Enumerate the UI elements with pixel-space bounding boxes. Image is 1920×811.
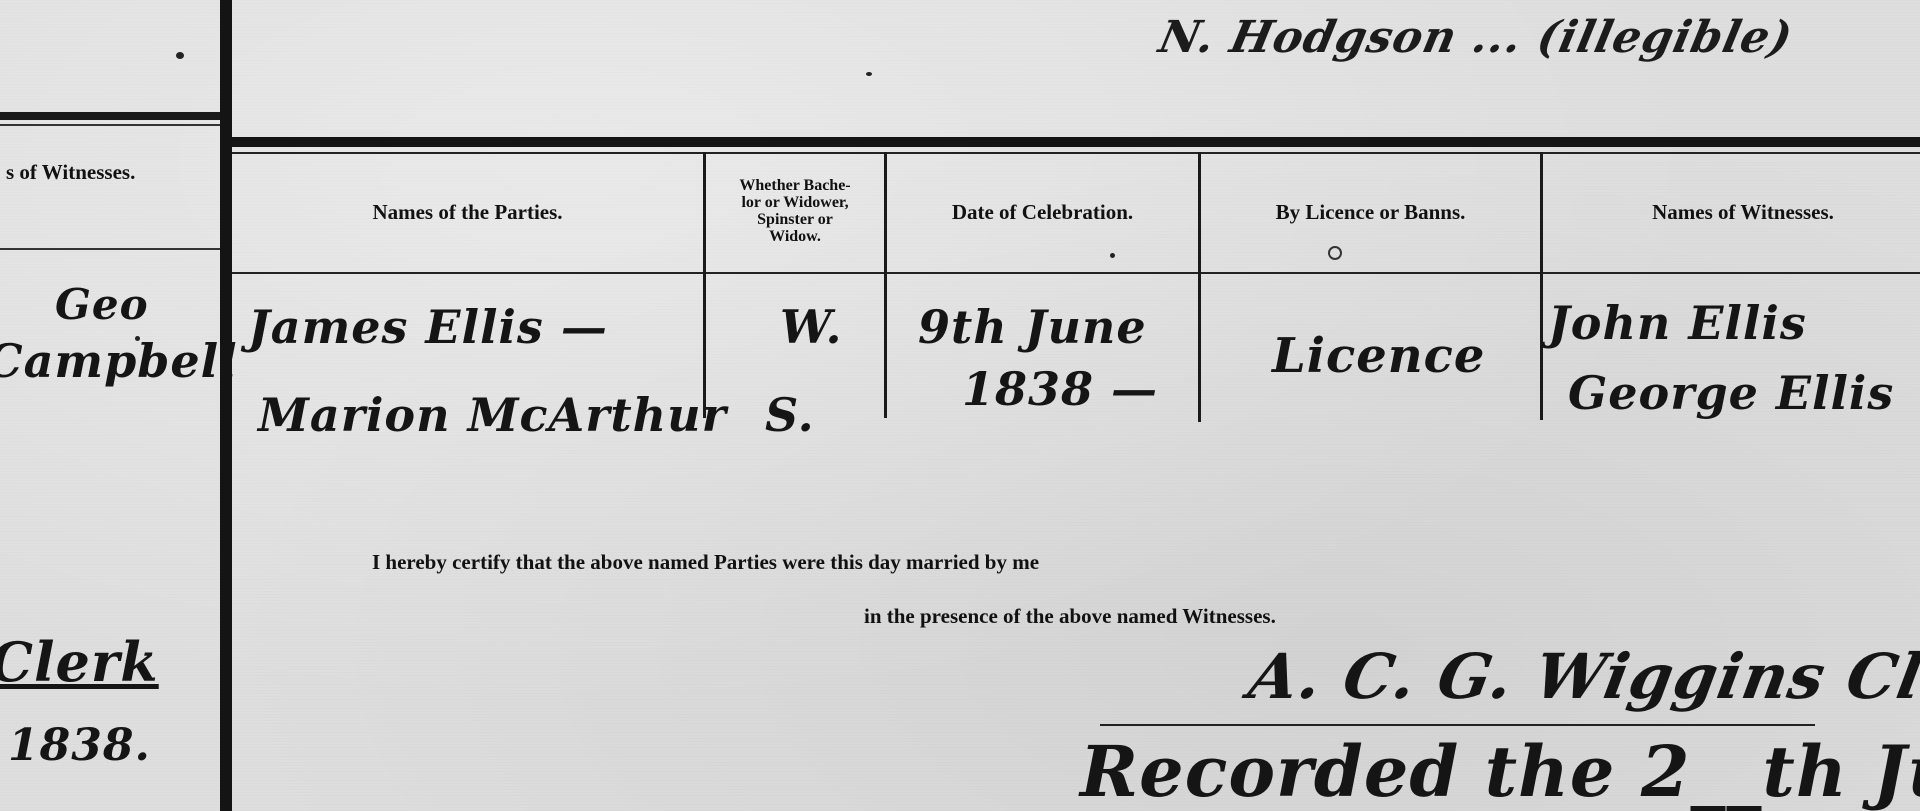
left-rule-thin [0, 124, 220, 126]
clergy-signature: A. C. G. Wiggins Clerk [1244, 640, 1920, 713]
ink-speck [866, 72, 872, 76]
margin-handwriting: N. Hodgson ... (illegible) [1155, 12, 1798, 63]
header-condition-line: Spinster or [757, 212, 833, 229]
left-witness-first-name: Geo [55, 280, 149, 329]
ink-speck [1110, 253, 1115, 258]
header-names-of-witnesses: Names of Witnesses. [1543, 152, 1920, 272]
left-clerk-text: Clerk [0, 630, 159, 694]
left-header-witnesses: s of Witnesses. [6, 160, 135, 185]
header-condition-line: Whether Bache- [739, 178, 850, 195]
left-header-rule [0, 248, 220, 250]
left-page-fragment: s of Witnesses. Geo Campbell Clerk 1838. [0, 0, 220, 811]
condition-groom: W. [780, 300, 843, 354]
register-page: s of Witnesses. Geo Campbell Clerk 1838.… [0, 0, 1920, 811]
recorded-note: Recorded the 2__th Jul 18__ [1080, 730, 1920, 811]
table-top-rule-thick [232, 137, 1920, 147]
left-rule-thick [0, 112, 220, 120]
party-groom: James Ellis — [248, 300, 608, 354]
ink-speck [176, 52, 184, 59]
signature-underline [1100, 724, 1815, 726]
certification-line-2: in the presence of the above named Witne… [864, 604, 1276, 629]
left-witness-surname: Campbell [0, 334, 238, 388]
licence-or-banns-value: Licence [1272, 328, 1485, 384]
condition-bride: S. [765, 388, 815, 442]
header-names-of-parties: Names of the Parties. [232, 152, 703, 272]
witness-two: George Ellis [1568, 366, 1894, 420]
witness-one: John Ellis [1548, 296, 1807, 350]
date-year: 1838 — [962, 362, 1158, 416]
ink-speck [135, 336, 140, 341]
header-date-of-celebration: Date of Celebration. [887, 152, 1198, 272]
page-gutter-line [220, 0, 232, 811]
header-condition: Whether Bache- lor or Widower, Spinster … [706, 152, 884, 272]
party-bride: Marion McArthur [258, 388, 727, 442]
table-header-rule [232, 272, 1920, 274]
paper-mark [1328, 246, 1342, 260]
date-day-month: 9th June [918, 300, 1147, 354]
header-condition-line: Widow. [769, 229, 821, 246]
left-year: 1838. [8, 720, 151, 771]
header-licence-or-banns: By Licence or Banns. [1201, 152, 1540, 272]
header-condition-line: lor or Widower, [741, 195, 848, 212]
certification-line-1: I hereby certify that the above named Pa… [372, 550, 1039, 575]
